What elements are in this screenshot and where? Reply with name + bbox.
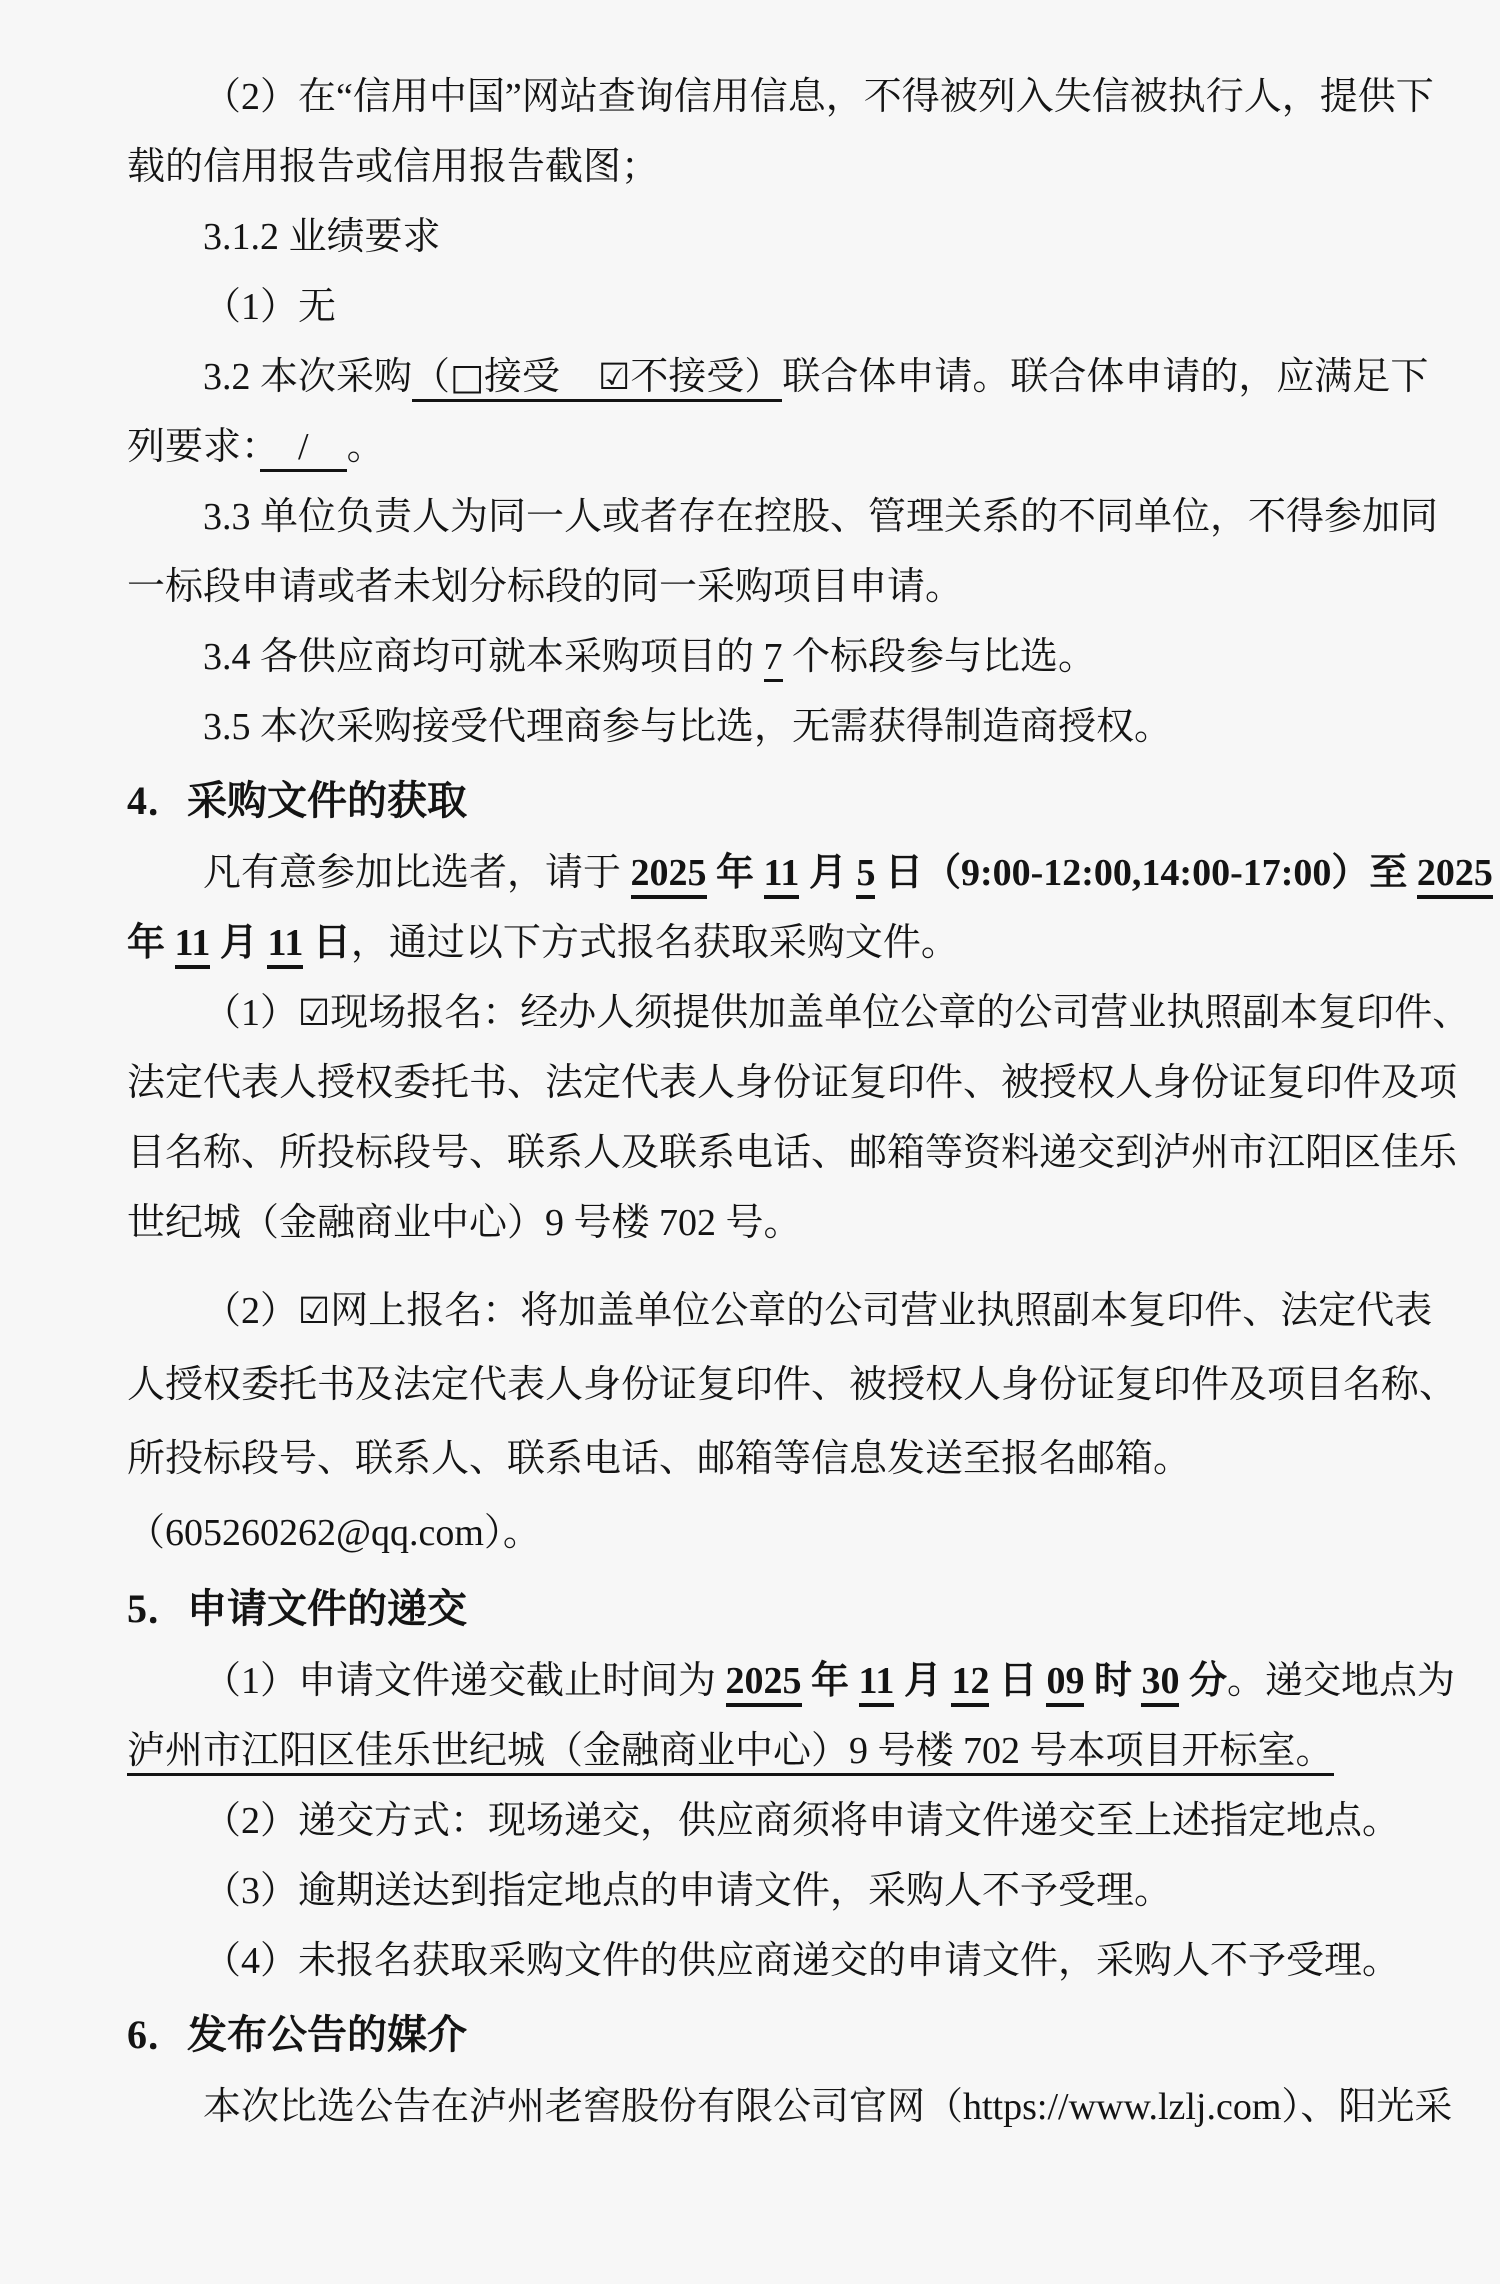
text-run: 分 xyxy=(1179,1660,1227,1702)
text-run: 月 xyxy=(799,852,856,894)
text-run: 不接受） xyxy=(630,356,782,398)
text-run: 年 xyxy=(707,852,764,894)
text-run: 现场报名：经办人须提供加盖单位公章的公司营业执照副本复印件、 xyxy=(330,992,1470,1034)
section-heading-4: 4．采购文件的获取 xyxy=(127,766,1375,836)
date-value: 11 xyxy=(764,852,800,899)
text-line: （4）未报名获取采购文件的供应商递交的申请文件，采购人不予受理。 xyxy=(127,1926,1375,1996)
text-run: （2）递交方式：现场递交，供应商须将申请文件递交至上述指定地点。 xyxy=(203,1800,1400,1842)
text-line: 3.4 各供应商均可就本采购项目的 7 个标段参与比选。 xyxy=(127,622,1375,692)
deadline-value: 09 xyxy=(1046,1660,1084,1707)
text-run: （2） xyxy=(203,1290,298,1332)
text-run: 时 xyxy=(1084,1660,1141,1702)
text-line: 目名称、所投标段号、联系人及联系电话、邮箱等资料递交到泸州市江阳区佳乐 xyxy=(127,1118,1375,1188)
text-run: 列要求： xyxy=(127,426,260,468)
text-line: 法定代表人授权委托书、法定代表人身份证复印件、被授权人身份证复印件及项 xyxy=(127,1048,1375,1118)
heading-text: 6．发布公告的媒介 xyxy=(127,2012,467,2057)
text-run: 法定代表人授权委托书、法定代表人身份证复印件、被授权人身份证复印件及项 xyxy=(127,1062,1457,1104)
unchecked-checkbox-icon: □ xyxy=(450,357,484,398)
text-line: 一标段申请或者未划分标段的同一采购项目申请。 xyxy=(127,552,1375,622)
text-line: 3.2 本次采购（□接受 ☑不接受）联合体申请。联合体申请的，应满足下 xyxy=(127,342,1375,412)
text-run: 凡有意参加比选者，请于 xyxy=(203,852,631,894)
deadline-value: 11 xyxy=(859,1660,895,1707)
text-line: （2）递交方式：现场递交，供应商须将申请文件递交至上述指定地点。 xyxy=(127,1786,1375,1856)
date-value: 2025 xyxy=(631,852,707,899)
text-run: 日 xyxy=(303,922,351,964)
underlined-run: （□接受 ☑不接受） xyxy=(412,356,782,402)
text-line: 凡有意参加比选者，请于 2025 年 11 月 5 日（9:00-12:00,1… xyxy=(127,838,1375,908)
text-line: （1）申请文件递交截止时间为 2025 年 11 月 12 日 09 时 30 … xyxy=(127,1646,1375,1716)
text-run: 载的信用报告或信用报告截图； xyxy=(127,146,659,188)
section-heading-5: 5．申请文件的递交 xyxy=(127,1574,1375,1644)
text-run: 3.5 本次采购接受代理商参与比选，无需获得制造商授权。 xyxy=(203,706,1172,748)
deadline-value: 12 xyxy=(951,1660,989,1707)
text-run: 网上报名：将加盖单位公章的公司营业执照副本复印件、法定代表 xyxy=(330,1290,1432,1332)
date-value: 5 xyxy=(856,852,875,899)
blank-slash-field: / xyxy=(260,426,347,472)
text-run: 3.3 单位负责人为同一人或者存在控股、管理关系的不同单位，不得参加同 xyxy=(203,496,1438,538)
registration-email: （605260262@qq.com）。 xyxy=(127,1512,541,1554)
checked-checkbox-icon: ☑ xyxy=(298,1291,330,1332)
text-run: 目名称、所投标段号、联系人及联系电话、邮箱等资料递交到泸州市江阳区佳乐 xyxy=(127,1132,1457,1174)
date-value: 11 xyxy=(175,922,211,969)
checked-checkbox-icon: ☑ xyxy=(598,357,630,398)
deadline-value: 30 xyxy=(1141,1660,1179,1707)
text-line: 所投标段号、联系人、联系电话、邮箱等信息发送至报名邮箱。 xyxy=(127,1422,1375,1496)
text-line: （2）☑网上报名：将加盖单位公章的公司营业执照副本复印件、法定代表 xyxy=(127,1274,1375,1348)
text-run: （1）申请文件递交截止时间为 xyxy=(203,1660,726,1702)
text-run: （2）在“信用中国”网站查询信用信息，不得被列入失信被执行人，提供下 xyxy=(203,76,1434,118)
text-run: 。 xyxy=(347,426,385,468)
time-window-text: 日（9:00-12:00,14:00-17:00）至 xyxy=(875,852,1416,894)
date-value: 11 xyxy=(267,922,303,969)
heading-text: 5．申请文件的递交 xyxy=(127,1586,467,1631)
text-run: （1）无 xyxy=(203,286,336,328)
text-line: 本次比选公告在泸州老窖股份有限公司官网（https://www.lzlj.com… xyxy=(127,2072,1375,2142)
text-run: 年 xyxy=(127,922,175,964)
text-run: 。递交地点为 xyxy=(1227,1660,1455,1702)
text-run: （4）未报名获取采购文件的供应商递交的申请文件，采购人不予受理。 xyxy=(203,1940,1400,1982)
heading-text: 4．采购文件的获取 xyxy=(127,778,467,823)
text-run: ，通过以下方式报名获取采购文件。 xyxy=(351,922,959,964)
text-line: 人授权委托书及法定代表人身份证复印件、被授权人身份证复印件及项目名称、 xyxy=(127,1348,1375,1422)
text-line: （605260262@qq.com）。 xyxy=(127,1496,1375,1570)
submission-address: 泸州市江阳区佳乐世纪城（金融商业中心）9 号楼 702 号本项目开标室。 xyxy=(127,1730,1334,1776)
text-line: 泸州市江阳区佳乐世纪城（金融商业中心）9 号楼 702 号本项目开标室。 xyxy=(127,1716,1375,1786)
text-line: 年 11 月 11 日，通过以下方式报名获取采购文件。 xyxy=(127,908,1375,978)
text-run: 本次比选公告在泸州老窖股份有限公司官网（https://www.lzlj.com… xyxy=(203,2086,1452,2128)
text-line: （3）逾期送达到指定地点的申请文件，采购人不予受理。 xyxy=(127,1856,1375,1926)
text-run: 3.1.2 业绩要求 xyxy=(203,216,441,258)
text-line: 载的信用报告或信用报告截图； xyxy=(127,132,1375,202)
text-run: （ xyxy=(412,356,450,398)
text-run: 接受 xyxy=(484,356,598,398)
text-line: （1）☑现场报名：经办人须提供加盖单位公章的公司营业执照副本复印件、 xyxy=(127,978,1375,1048)
text-run: 月 xyxy=(894,1660,951,1702)
text-line: （1）无 xyxy=(127,272,1375,342)
text-run: 月 xyxy=(210,922,267,964)
text-run: 3.4 各供应商均可就本采购项目的 xyxy=(203,636,764,678)
document-page: （2）在“信用中国”网站查询信用信息，不得被列入失信被执行人，提供下 载的信用报… xyxy=(0,0,1500,2284)
text-run: 人授权委托书及法定代表人身份证复印件、被授权人身份证复印件及项目名称、 xyxy=(127,1364,1457,1406)
text-run: 联合体申请。联合体申请的，应满足下 xyxy=(782,356,1428,398)
section-heading-6: 6．发布公告的媒介 xyxy=(127,2000,1375,2070)
text-run: 个标段参与比选。 xyxy=(783,636,1097,678)
deadline-value: 2025 xyxy=(726,1660,802,1707)
text-run: 世纪城（金融商业中心）9 号楼 702 号。 xyxy=(127,1202,802,1244)
checked-checkbox-icon: ☑ xyxy=(298,993,330,1034)
text-line: 世纪城（金融商业中心）9 号楼 702 号。 xyxy=(127,1188,1375,1258)
text-run: 一标段申请或者未划分标段的同一采购项目申请。 xyxy=(127,566,963,608)
text-line: 列要求： / 。 xyxy=(127,412,1375,482)
date-value: 2025 xyxy=(1417,852,1493,899)
text-line: 3.5 本次采购接受代理商参与比选，无需获得制造商授权。 xyxy=(127,692,1375,762)
text-run: 所投标段号、联系人、联系电话、邮箱等信息发送至报名邮箱。 xyxy=(127,1438,1191,1480)
lot-count-value: 7 xyxy=(764,636,783,682)
text-run: 年 xyxy=(802,1660,859,1702)
text-line: （2）在“信用中国”网站查询信用信息，不得被列入失信被执行人，提供下 xyxy=(127,62,1375,132)
text-run: （1） xyxy=(203,992,298,1034)
text-run: 3.2 本次采购 xyxy=(203,356,412,398)
text-line: 3.3 单位负责人为同一人或者存在控股、管理关系的不同单位，不得参加同 xyxy=(127,482,1375,552)
text-run: 日 xyxy=(989,1660,1046,1702)
text-line: 3.1.2 业绩要求 xyxy=(127,202,1375,272)
text-run: （3）逾期送达到指定地点的申请文件，采购人不予受理。 xyxy=(203,1870,1172,1912)
